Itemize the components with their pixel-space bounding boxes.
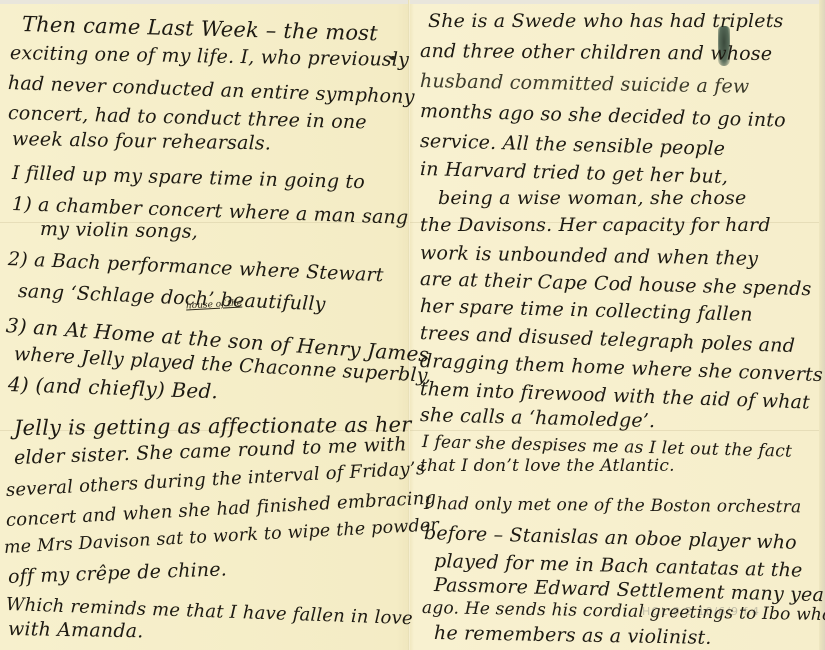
left-page: Then came Last Week – the most exciting … (0, 0, 408, 650)
list-item-continuation: sang ‘Schlage doch’ beautifully (18, 280, 327, 315)
letter-line: She is a Swede who has had triplets (428, 10, 784, 32)
letter-line: he remembers as a violinist. (434, 622, 712, 649)
letter-line: work is unbounded and when they (420, 242, 759, 270)
list-item: 4) (and chiefly) Bed. (8, 372, 219, 403)
letter-line: her spare time in collecting fallen (420, 295, 753, 326)
letter-line: with Amanda. (8, 618, 144, 642)
right-page: She is a Swede who has had triplets and … (410, 0, 822, 650)
list-item: 2) a Bach performance where Stewart (8, 248, 385, 286)
letter-line: service. All the sensible people (420, 130, 726, 160)
letter-line: are at their Cape Cod house she spends (420, 268, 812, 300)
letter-line: husband committed suicide a few (420, 70, 750, 98)
letter-line: exciting one of my life. I, who previous… (10, 42, 409, 71)
list-item-continuation: my violin songs, (40, 218, 198, 243)
letter-line: being a wise woman, she chose (438, 187, 746, 209)
letter-line: and three other children and whose (420, 40, 772, 65)
arrow-mark-icon (390, 56, 396, 60)
letter-line: in Harvard tried to get her but, (420, 158, 729, 188)
letter-line: she calls a ‘hamoledge’. (420, 404, 656, 432)
letter-line: off my crêpe de chine. (8, 558, 228, 588)
letter-line: months ago so she decided to go into (420, 100, 786, 132)
letter-line: before – Stanislas an oboe player who (424, 522, 797, 554)
letter-scan: Then came Last Week – the most exciting … (0, 0, 825, 650)
letter-line: week also four rehearsals. (12, 128, 271, 155)
letter-line: I had only met one of the Boston orchest… (424, 494, 802, 517)
letter-line: the Davisons. Her capacity for hard (420, 214, 771, 236)
letter-line: that I don’t love the Atlantic. (420, 456, 675, 476)
letter-line: Then came Last Week – the most (22, 12, 378, 45)
letter-line: I filled up my spare time in going to (12, 162, 366, 193)
